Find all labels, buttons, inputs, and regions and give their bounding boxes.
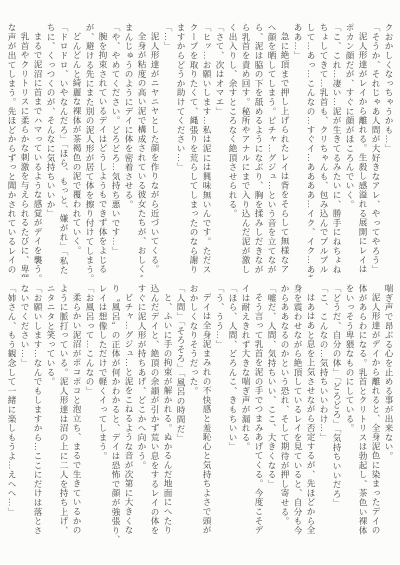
- text-column: 泥人形達がニヤニヤとした顔を作りながら近づいてくる。: [148, 23, 161, 277]
- text-column: が、避ける先にまた別の泥人形が居て体を擦り付けてしまう。: [83, 23, 96, 277]
- text-column: 柔らかい泥沼がポコポコと泡立ち、まるで生きているかの: [70, 284, 83, 552]
- text-column: 「お風呂って…こんなの」: [83, 284, 96, 552]
- text-column: 「…」: [161, 23, 174, 277]
- text-column: 「そうか、それじゃあ人間が大好きなアレ、やってやろう」: [369, 23, 382, 277]
- text-column: ように脈打っている。泥人形達は沼の上に二人を持ち上げ、: [57, 284, 70, 552]
- text-column: 「お願いします…なんでもしますから…ここにだけは落とさ: [31, 284, 44, 552]
- text-column: 「どうだ、自分の体」「どろどろ」「気持ちいいだろ」: [330, 284, 343, 552]
- text-column: り〝風呂〟の正体が何かわかると、デイは恐怖で顔が強張り、: [109, 284, 122, 552]
- text-column: 喘ぎ声で昂ぶる心を止める事が出来ない。: [382, 284, 395, 552]
- text-column: ちょしてきて…乳首も、クリちゃんも、包み込んでプルプル: [317, 23, 330, 277]
- text-column: からああなるのかという恐れ、そして期待が押し寄せる。: [278, 284, 291, 552]
- text-column: ポカン顔だが、すぐに顔がほころんでいく。: [343, 23, 356, 277]
- novel-page: クおかしくなっちゃうかも…」「そうか、それじゃあ人間が大好きなアレ、やってやろう…: [0, 0, 400, 565]
- text-column: 「ヒッ…お願いします…私は泥には興味無いんです。ただス: [200, 23, 213, 277]
- text-column: デイは全身泥まみれの不快感と羞恥心と気持ちよさで頭が: [200, 284, 213, 552]
- text-column: 「や、やめてください。どろどろ…気持ち悪いです…」: [109, 23, 122, 277]
- text-column: イは耐えきれず大きな喘ぎ声が漏れる。: [239, 284, 252, 552]
- text-column: ビチャ…グジュ…と泥をこねるような音が次第に大きくな: [122, 284, 135, 552]
- text-column: な声が出てしまう。先ほどからずっと聞かされているレイの: [5, 23, 18, 277]
- text-column: 「ドロドロ、いやなんだろ」「ほら、もっと、嫌がれ」「私た: [57, 23, 70, 277]
- text-column: ら乳首を責め回す。秘所やアナルにまで入り込んだ泥が激し: [239, 23, 252, 277]
- text-column: ら、泥は脇の下を舐めるようになぶり、胸を揉みしだきなが: [252, 23, 265, 277]
- text-column: と、ふいに手の拘束が解かれる。ぬかるんだ地面にへたり: [161, 284, 174, 552]
- text-column: 泥人形達がデイから離れると、全身泥色に染まったデイの: [369, 284, 382, 552]
- text-column: 「さて、次はオマエ」: [213, 23, 226, 277]
- text-column: 「こ、こんなの…気持ちいいわけ…」: [317, 284, 330, 552]
- text-column: 「姉さん、もう観念して一緒に楽しもうよ…えへへ…」: [5, 284, 18, 552]
- bottom-text-band: 喘ぎ声で昂ぶる心を止める事が出来ない。泥人形達がデイから離れると、全身泥色に染ま…: [5, 284, 395, 552]
- text-column: ああ…」: [291, 23, 304, 277]
- text-column: く出入りし、余すところなく絶頂させられる。: [226, 23, 239, 277]
- text-column: 込んだデイと、絶頂の余韻が引かず荒い息をするレイの体を: [148, 284, 161, 552]
- text-column: まんじゅうのようにデイに体を密着させる。: [122, 23, 135, 277]
- text-column: 腕を拘束されているデイはどうしようもできず体をよじる: [96, 23, 109, 277]
- text-column: ますからどうか助けてください…」: [174, 23, 187, 277]
- text-column: 急に絶頂まで押し上げられたレイは背をそらして無様なア: [278, 23, 291, 277]
- text-column: おかしくなりそうだった。: [187, 284, 200, 552]
- text-column: まるで泥沼に首までハマっているような感覚がデイを襲う。: [31, 23, 44, 277]
- text-column: 全身が粘度の高い泥で構成されている彼女たちが、おしくら: [135, 23, 148, 277]
- text-column: どんどんと綺麗な裸体が茶褐色の泥で覆われていく。: [70, 23, 83, 277]
- text-column: 「う、うう…」: [213, 284, 226, 552]
- text-column: 「こ、これ…凄い…泥が生きてるみたいに、勝手にねちょね: [330, 23, 343, 277]
- text-column: 体があらわになる。乳首とクリトリスは勃起し、茶色い裸体: [356, 284, 369, 552]
- text-column: 「人間」「そろそろ」「風呂の時間だ」: [174, 284, 187, 552]
- text-column: 泥人形達がレイから離れる。生殺し感溢れる展開にレイは: [356, 23, 369, 277]
- text-column: そう言って乳首を泥の手でつまみあげてくる。今度こそデ: [252, 284, 265, 552]
- text-column: すぐに泥人形が持ちあげ、どこかへ向かう。: [135, 284, 148, 552]
- text-column: クープを取りたくて、縄張りを荒らしてしまったのなら謝り: [187, 23, 200, 277]
- text-column: ないでください…」: [18, 284, 31, 552]
- text-column: ヘ顔を晒してしまう。ピチャ…グジュ…という音を立てなが: [265, 23, 278, 277]
- text-column: して…あっ…こんなの…すぐイ…ああああ…イク、イク…ああ: [304, 23, 317, 277]
- text-column: はあはあと息を上気させながら否定するが、先ほどから全: [304, 284, 317, 552]
- text-column: レイは想像しただけで軽くイってしまう。: [96, 284, 109, 552]
- text-column: ちに、くっつくのが、そんなに気持ちいいか」: [44, 23, 57, 277]
- text-column: 「嘘だ、人間、気持ちいい、ここ、大きくなる」: [265, 284, 278, 552]
- text-column: 「ほら、人間、どろんこ、きもちいい」: [226, 284, 239, 552]
- text-column: クおかしくなっちゃうかも…」: [382, 23, 395, 277]
- text-column: をいっそう卑猥なものにしている。: [343, 284, 356, 552]
- top-text-band: クおかしくなっちゃうかも…」「そうか、それじゃあ人間が大好きなアレ、やってやろう…: [5, 23, 395, 277]
- text-column: 身を震わせながら絶頂しているレイを見ていると、自分も今: [291, 284, 304, 552]
- text-column: 乳首やクリトリスに柔らかな刺激を与えられるたびに、卑猥: [18, 23, 31, 277]
- text-column: ニタニタと笑っている。: [44, 284, 57, 552]
